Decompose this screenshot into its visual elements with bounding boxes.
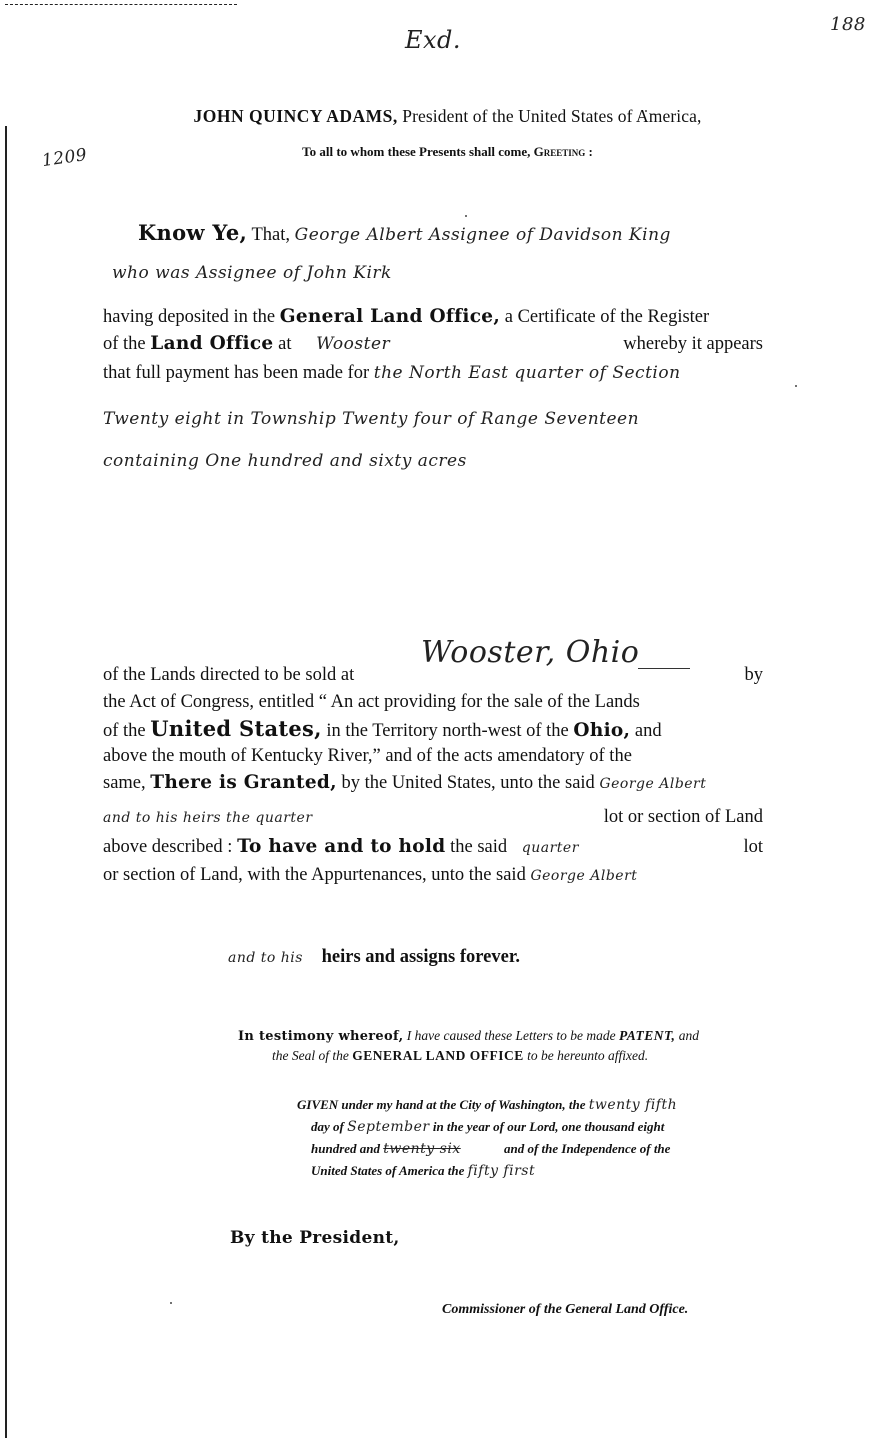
- land-desc-handwritten-3: containing One hundred and sixty acres: [103, 450, 763, 472]
- grantee-handwritten-2: who was Assignee of John Kirk: [112, 262, 772, 284]
- sold-at-line: of the Lands directed to be sold at Woos…: [103, 664, 763, 686]
- independence-year-handwritten: fifty first: [468, 1163, 536, 1179]
- sold-location-handwritten: Wooster, Ohio: [421, 642, 639, 664]
- given-text-1: GIVEN under my hand at the City of Washi…: [297, 1097, 585, 1112]
- left-edge-rule: [5, 126, 7, 1438]
- grantee-handwritten-1: George Albert Assignee of Davidson King: [295, 225, 671, 245]
- paper-speck: [465, 215, 467, 217]
- ohio-blackletter: Ohio,: [573, 720, 630, 741]
- header-title: JOHN QUINCY ADAMS, President of the Unit…: [0, 106, 895, 127]
- given-line-4: United States of America the fifty first: [311, 1160, 535, 1182]
- lot-or-section-text: lot or section of Land: [604, 806, 763, 828]
- in-testimony-blackletter: In testimony whereof,: [238, 1029, 403, 1044]
- habendum-line: above described : To have and to hold th…: [103, 836, 763, 859]
- and-to-his-handwritten: and to his: [228, 950, 303, 966]
- deposit-line: having deposited in the General Land Off…: [103, 306, 763, 328]
- above-described-text: above described :: [103, 837, 232, 857]
- endorsement-mark: Exd.: [405, 26, 461, 54]
- land-office-location-handwritten: Wooster: [316, 334, 390, 354]
- payment-line: that full payment has been made for the …: [103, 362, 763, 384]
- of-the: of the: [103, 334, 146, 354]
- president-title: President of the United States of Americ…: [402, 106, 701, 126]
- whereby-text: whereby it appears: [623, 333, 763, 355]
- know-ye-line: Know Ye, That, George Albert Assignee of…: [138, 222, 798, 246]
- lot-text: lot: [743, 836, 763, 858]
- testimony-line-1: In testimony whereof, I have caused thes…: [238, 1028, 699, 1044]
- grantee-short-handwritten-1: George Albert: [599, 776, 706, 792]
- act-title-line-3: above the mouth of Kentucky River,” and …: [103, 745, 763, 767]
- top-edge-rule: [5, 4, 237, 5]
- know-ye-blackletter: Know Ye,: [138, 220, 247, 245]
- sold-prefix: of the Lands directed to be sold at: [103, 665, 354, 685]
- testimony-text-3: to be hereunto affixed.: [527, 1048, 648, 1063]
- given-text-5: and of the Independence of the: [504, 1141, 670, 1156]
- header-greeting: To all to whom these Presents shall come…: [0, 144, 895, 160]
- given-text-3: in the year of our Lord, one thousand ei…: [433, 1119, 665, 1134]
- by-the-president: By the President,: [230, 1228, 400, 1248]
- land-office-blackletter: Land Office: [150, 333, 273, 354]
- granted-mid-text: by the United States, unto the said: [342, 773, 595, 793]
- paper-speck: [795, 385, 797, 387]
- grantee-short-handwritten-2: George Albert: [530, 868, 637, 884]
- year-handwritten: twenty six: [383, 1141, 460, 1157]
- given-text-4: hundred and: [311, 1141, 380, 1156]
- granted-line: same, There is Granted, by the United St…: [103, 772, 763, 795]
- heirs-quarter-handwritten: and to his heirs the quarter: [103, 810, 313, 826]
- commissioner-title: Commissioner of the General Land Office.: [442, 1302, 688, 1318]
- and-text: and: [635, 721, 662, 741]
- deposit-prefix: having deposited in the: [103, 307, 275, 327]
- general-land-office-blackletter: General Land Office,: [280, 306, 500, 327]
- greeting-colon: :: [589, 144, 593, 159]
- said-quarter-handwritten: quarter: [522, 840, 579, 856]
- deposit-suffix: a Certificate of the Register: [505, 307, 709, 327]
- territory-text: in the Territory north-west of the: [326, 721, 568, 741]
- to-have-and-to-hold-blackletter: To have and to hold: [237, 836, 445, 857]
- heirs-assigns-line: and to his heirs and assigns forever.: [228, 946, 888, 969]
- same-text: same,: [103, 773, 146, 793]
- land-office-line: of the Land Office at Wooster whereby it…: [103, 333, 763, 355]
- given-text-2: day of: [311, 1119, 344, 1134]
- given-text-6: United States of America the: [311, 1163, 464, 1178]
- president-name: JOHN QUINCY ADAMS,: [194, 106, 398, 126]
- given-line-1: GIVEN under my hand at the City of Washi…: [297, 1094, 677, 1116]
- land-desc-handwritten-2: Twenty eight in Township Twenty four of …: [103, 408, 763, 430]
- greeting-word: Greeting: [534, 144, 586, 159]
- act-title-line-2: of the United States, in the Territory n…: [103, 718, 763, 742]
- of-the-2: of the: [103, 721, 146, 741]
- testimony-text-2: the Seal of the: [272, 1048, 349, 1063]
- given-line-3: hundred and twenty six and of the Indepe…: [311, 1138, 670, 1160]
- the-said-text: the said: [450, 837, 507, 857]
- page-number: 188: [830, 14, 866, 35]
- given-line-2: day of September in the year of our Lord…: [311, 1116, 664, 1138]
- payment-prefix: that full payment has been made for: [103, 363, 369, 383]
- testimony-and: and: [679, 1028, 699, 1043]
- patent-word: PATENT,: [619, 1028, 675, 1043]
- heirs-line: and to his heirs the quarter lot or sect…: [103, 806, 763, 829]
- blank-dash: [638, 668, 690, 669]
- glo-caps: GENERAL LAND OFFICE: [352, 1048, 524, 1063]
- united-states-blackletter: United States,: [150, 716, 321, 741]
- month-handwritten: September: [347, 1119, 429, 1135]
- testimony-text-1: I have caused these Letters to be made: [407, 1028, 616, 1043]
- that-text: That,: [251, 225, 290, 245]
- paper-speck: [170, 1302, 172, 1304]
- at-text: at: [278, 334, 291, 354]
- there-is-granted-blackletter: There is Granted,: [150, 772, 337, 793]
- appurtenances-text: or section of Land, with the Appurtenanc…: [103, 865, 526, 885]
- greeting-text: To all to whom these Presents shall come…: [302, 144, 530, 159]
- day-handwritten: twenty fifth: [589, 1097, 677, 1113]
- appurtenances-line: or section of Land, with the Appurtenanc…: [103, 864, 763, 887]
- by-text: by: [745, 664, 764, 686]
- paper-speck: [645, 110, 647, 112]
- heirs-assigns-text: heirs and assigns forever.: [322, 947, 520, 967]
- act-title-line-1: the Act of Congress, entitled “ An act p…: [103, 691, 763, 713]
- testimony-line-2: the Seal of the GENERAL LAND OFFICE to b…: [272, 1048, 648, 1064]
- land-desc-handwritten-1: the North East quarter of Section: [374, 363, 681, 383]
